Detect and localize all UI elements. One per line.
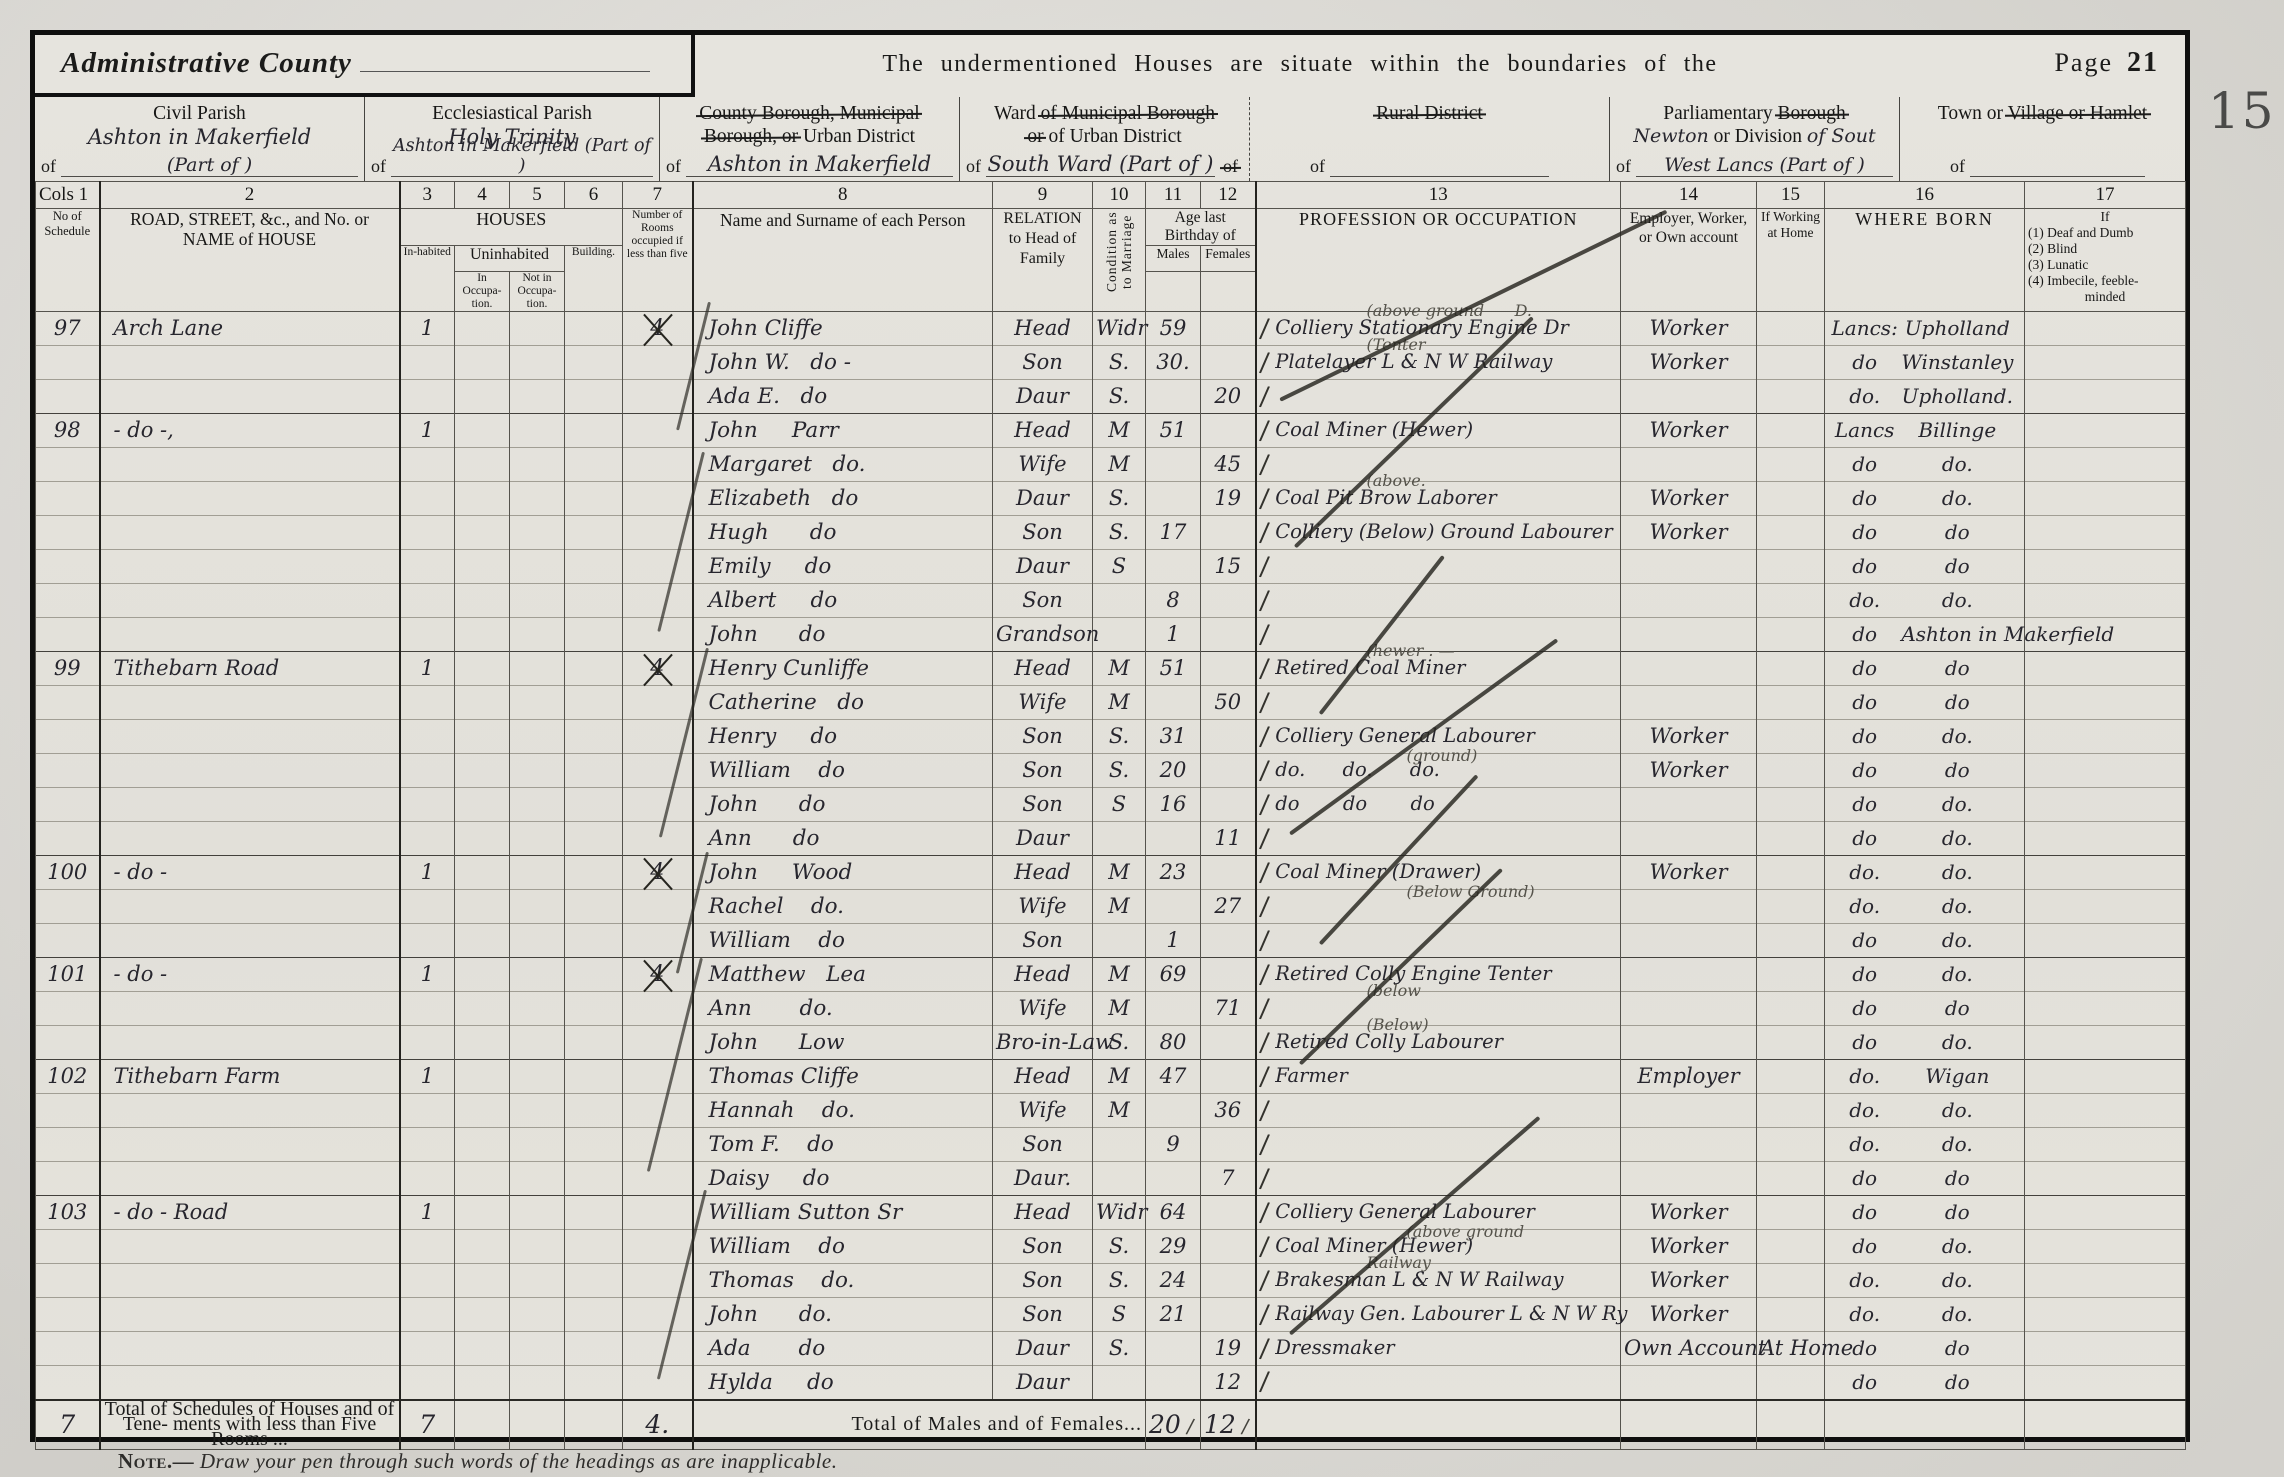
cell-uninhabited-in-occupation [455, 584, 510, 618]
cell-age-female: 12 [1201, 1366, 1256, 1400]
cell-building [565, 550, 623, 584]
cell-inhabited: 1 [400, 1196, 455, 1230]
cell-age-male [1146, 686, 1201, 720]
cell-name: Daisy do [693, 1162, 993, 1196]
cell-road [100, 686, 400, 720]
cell-relation: Wife [993, 686, 1093, 720]
situate-statement: The undermentioned Houses are situate wi… [725, 51, 1875, 78]
cell-building [565, 584, 623, 618]
cell-where-born: dodo. [1825, 720, 2025, 754]
totals-blank [455, 1400, 510, 1450]
cell-inhabited: 1 [400, 1060, 455, 1094]
cell-employer-status [1621, 788, 1757, 822]
cell-working-at-home [1757, 380, 1825, 414]
cell-infirmity [2025, 1162, 2186, 1196]
cell-age-male: 24 [1146, 1264, 1201, 1298]
cell-name: Hannah do. [693, 1094, 993, 1128]
cell-occupation [1256, 448, 1621, 482]
form-frame: Administrative County The undermentioned… [30, 30, 2190, 1442]
cell-where-born: dodo [1825, 1332, 2025, 1366]
cell-schedule-number [36, 1366, 100, 1400]
cell-where-born: do.Upholland. [1825, 380, 2025, 414]
cell-infirmity [2025, 1366, 2186, 1400]
cell-road [100, 618, 400, 652]
cell-relation: Wife [993, 890, 1093, 924]
cell-road [100, 1366, 400, 1400]
cell-where-born: do.Wigan [1825, 1060, 2025, 1094]
cell-building [565, 414, 623, 448]
cell-condition: M [1093, 652, 1146, 686]
cell-relation: Daur [993, 1366, 1093, 1400]
cell-relation: Son [993, 1230, 1093, 1264]
cell-relation: Head [993, 652, 1093, 686]
cell-condition [1093, 618, 1146, 652]
ward-struck2: or [1027, 126, 1043, 147]
rural-district-blank [1330, 176, 1549, 177]
administrative-county-blank-line [360, 47, 650, 72]
table-row: Ann do. Wife M 71 (below dodo [36, 992, 2186, 1026]
cell-age-male [1146, 822, 1201, 856]
cell-age-male: 1 [1146, 618, 1201, 652]
cell-rooms [623, 414, 693, 448]
cell-employer-status [1621, 1094, 1757, 1128]
cell-employer-status [1621, 584, 1757, 618]
cell-working-at-home [1757, 550, 1825, 584]
cell-condition [1093, 822, 1146, 856]
col-num-2: 2 [100, 182, 400, 209]
ecclesiastical-parish-value2: Ashton in Makerfield (Part of ) [393, 136, 651, 176]
cell-relation: Grandson [993, 618, 1093, 652]
ecclesiastical-parish-label: Ecclesiastical Parish [365, 102, 659, 125]
cell-uninhabited-in-occupation [455, 652, 510, 686]
cell-relation: Daur [993, 482, 1093, 516]
cell-age-male: 21 [1146, 1298, 1201, 1332]
of-label: of [1616, 156, 1631, 177]
cell-uninhabited-not-occupation [510, 1196, 565, 1230]
cell-occupation [1256, 1162, 1621, 1196]
rural-district-label: Rural District [1376, 103, 1483, 124]
col-header-rooms: Number of Rooms occupied if less than fi… [623, 209, 693, 312]
cell-uninhabited-in-occupation [455, 482, 510, 516]
cell-uninhabited-in-occupation [455, 1264, 510, 1298]
cell-name: Rachel do. [693, 890, 993, 924]
cell-schedule-number [36, 992, 100, 1026]
cell-condition: S. [1093, 346, 1146, 380]
cell-infirmity [2025, 754, 2186, 788]
cell-relation: Son [993, 720, 1093, 754]
cell-name: Ada do [693, 1332, 993, 1366]
cell-working-at-home [1757, 822, 1825, 856]
cell-rooms [623, 1332, 693, 1366]
cell-name: William do [693, 924, 993, 958]
cell-where-born: do.do. [1825, 890, 2025, 924]
cell-schedule-number: 101 [36, 958, 100, 992]
cell-schedule-number: 100 [36, 856, 100, 890]
urban-district-value: Ashton in Makerfield [708, 152, 931, 176]
table-row: Ada do Daur S. 19 Dressmaker Own Account… [36, 1332, 2186, 1366]
cell-road: - do -, [100, 414, 400, 448]
cell-name: Hugh do [693, 516, 993, 550]
cell-occupation [1256, 1366, 1621, 1400]
cell-infirmity [2025, 1230, 2186, 1264]
cell-relation: Son [993, 516, 1093, 550]
col-header-name: Name and Surname of each Person [693, 209, 993, 312]
cell-uninhabited-in-occupation [455, 380, 510, 414]
civil-parish-value: Ashton in Makerfield [35, 125, 364, 149]
cell-uninhabited-not-occupation [510, 720, 565, 754]
cell-occupation [1256, 890, 1621, 924]
cell-employer-status: Worker [1621, 414, 1757, 448]
cell-uninhabited-not-occupation [510, 380, 565, 414]
civil-parish-label: Civil Parish [35, 102, 364, 125]
cell-inhabited [400, 1162, 455, 1196]
cell-rooms [623, 1060, 693, 1094]
cell-inhabited [400, 1264, 455, 1298]
cell-occupation: (below [1256, 992, 1621, 1026]
cell-employer-status [1621, 448, 1757, 482]
cell-uninhabited-in-occupation [455, 448, 510, 482]
cell-building [565, 1060, 623, 1094]
cell-building [565, 1264, 623, 1298]
cell-rooms: 4 [623, 856, 693, 890]
cell-inhabited [400, 584, 455, 618]
cell-building [565, 346, 623, 380]
cell-uninhabited-not-occupation [510, 1128, 565, 1162]
cell-uninhabited-not-occupation [510, 1298, 565, 1332]
cell-uninhabited-in-occupation [455, 1298, 510, 1332]
cell-road [100, 1026, 400, 1060]
cell-road: - do - Road [100, 1196, 400, 1230]
cell-uninhabited-in-occupation [455, 414, 510, 448]
of-label: of [41, 156, 56, 177]
totals-females: 12 [1201, 1400, 1256, 1450]
cell-name: John do [693, 618, 993, 652]
cell-employer-status: Worker [1621, 1264, 1757, 1298]
table-row: Ann do Daur 11 dodo. [36, 822, 2186, 856]
administrative-county-label: Administrative County [61, 47, 352, 79]
table-row: Ada E. do Daur S. 20 do.Upholland. [36, 380, 2186, 414]
cell-uninhabited-in-occupation [455, 924, 510, 958]
cell-infirmity [2025, 550, 2186, 584]
cell-uninhabited-in-occupation [455, 312, 510, 346]
cell-relation: Son [993, 924, 1093, 958]
col-header-road: ROAD, STREET, &c., and No. or NAME of HO… [100, 209, 400, 312]
cell-uninhabited-not-occupation [510, 414, 565, 448]
cell-road [100, 448, 400, 482]
cell-where-born: dodo. [1825, 482, 2025, 516]
cell-uninhabited-not-occupation [510, 1264, 565, 1298]
cell-age-female [1201, 1026, 1256, 1060]
section-rural-district: Rural District of [1250, 97, 1610, 181]
cell-employer-status [1621, 1162, 1757, 1196]
cell-where-born: dodo [1825, 652, 2025, 686]
col-header-condition: Condition as to Marriage [1093, 209, 1146, 312]
cell-age-female [1201, 1128, 1256, 1162]
cell-age-female [1201, 754, 1256, 788]
cell-rooms: 4 [623, 312, 693, 346]
cell-condition: Widr [1093, 312, 1146, 346]
cell-name: Emily do [693, 550, 993, 584]
table-row: Daisy do Daur. 7 dodo [36, 1162, 2186, 1196]
cell-occupation: Farmer [1256, 1060, 1621, 1094]
cell-age-female [1201, 1196, 1256, 1230]
urban-district-label: Urban District [803, 126, 915, 147]
cell-inhabited: 1 [400, 652, 455, 686]
cell-where-born: doWinstanley [1825, 346, 2025, 380]
cell-occupation [1256, 584, 1621, 618]
cell-employer-status [1621, 1366, 1757, 1400]
cell-working-at-home [1757, 958, 1825, 992]
cell-infirmity [2025, 720, 2186, 754]
cell-employer-status [1621, 550, 1757, 584]
col-num-17: 17 [2025, 182, 2186, 209]
cell-building [565, 380, 623, 414]
cell-rooms [623, 1366, 693, 1400]
totals-blank [565, 1400, 623, 1450]
cell-building [565, 1230, 623, 1264]
section-ecclesiastical-parish: Ecclesiastical Parish Holy Trinity ofAsh… [365, 97, 660, 181]
cell-condition: M [1093, 856, 1146, 890]
cell-road [100, 1230, 400, 1264]
administrative-county-box: Administrative County [35, 35, 695, 97]
cell-age-male: 31 [1146, 720, 1201, 754]
totals-blank [1621, 1400, 1757, 1450]
cell-relation: Son [993, 1298, 1093, 1332]
totals-inhabited: 7 [400, 1400, 455, 1450]
cell-uninhabited-not-occupation [510, 1026, 565, 1060]
cell-age-female [1201, 924, 1256, 958]
cell-working-at-home [1757, 652, 1825, 686]
cell-employer-status: Worker [1621, 720, 1757, 754]
table-row: 97 Arch Lane 1 4 John Cliffe Head Widr 5… [36, 312, 2186, 346]
cell-schedule-number: 102 [36, 1060, 100, 1094]
cell-road [100, 1332, 400, 1366]
cell-occupation: Retired Coal Miner(hewer . — [1256, 652, 1621, 686]
of-label: of [666, 156, 681, 177]
cell-working-at-home [1757, 788, 1825, 822]
cell-uninhabited-in-occupation [455, 618, 510, 652]
cell-building [565, 652, 623, 686]
cell-inhabited: 1 [400, 312, 455, 346]
col-num-10: 10 [1093, 182, 1146, 209]
cell-relation: Head [993, 1196, 1093, 1230]
cell-infirmity [2025, 1094, 2186, 1128]
cell-working-at-home [1757, 720, 1825, 754]
cell-where-born: do.do. [1825, 1094, 2025, 1128]
cell-schedule-number [36, 822, 100, 856]
cell-infirmity [2025, 414, 2186, 448]
cell-condition [1093, 924, 1146, 958]
cell-infirmity [2025, 346, 2186, 380]
table-row: Margaret do. Wife M 45 dodo. [36, 448, 2186, 482]
cell-uninhabited-not-occupation [510, 754, 565, 788]
cell-rooms [623, 992, 693, 1026]
cell-age-female: 36 [1201, 1094, 1256, 1128]
cell-age-female: 71 [1201, 992, 1256, 1026]
cell-employer-status [1621, 380, 1757, 414]
cell-working-at-home [1757, 1196, 1825, 1230]
cell-working-at-home [1757, 346, 1825, 380]
cell-condition [1093, 1128, 1146, 1162]
cell-condition: S. [1093, 1264, 1146, 1298]
col-num-13: 13 [1256, 182, 1621, 209]
cell-inhabited [400, 686, 455, 720]
cell-age-male: 47 [1146, 1060, 1201, 1094]
col-header-males: Males [1146, 246, 1201, 272]
table-row: Emily do Daur S 15 dodo [36, 550, 2186, 584]
cell-age-male: 23 [1146, 856, 1201, 890]
cell-rooms: 4 [623, 958, 693, 992]
cell-infirmity [2025, 686, 2186, 720]
cell-schedule-number: 97 [36, 312, 100, 346]
table-row: 100 - do - 1 4 John Wood Head M 23 Coal … [36, 856, 2186, 890]
cell-age-male: 51 [1146, 414, 1201, 448]
cell-condition: M [1093, 448, 1146, 482]
cell-uninhabited-in-occupation [455, 992, 510, 1026]
cell-working-at-home [1757, 1366, 1825, 1400]
col-num-9: 9 [993, 182, 1093, 209]
col-header-houses: HOUSES [400, 209, 623, 246]
table-row: William do Son 1 dodo. [36, 924, 2186, 958]
cell-rooms [623, 618, 693, 652]
cell-condition: S. [1093, 516, 1146, 550]
cell-condition: S. [1093, 720, 1146, 754]
table-row: 98 - do -, 1 John Parr Head M 51 Coal Mi… [36, 414, 2186, 448]
cell-name: Hylda do [693, 1366, 993, 1400]
cell-schedule-number [36, 618, 100, 652]
cell-road [100, 1128, 400, 1162]
cell-schedule-number: 103 [36, 1196, 100, 1230]
cell-uninhabited-not-occupation [510, 550, 565, 584]
cell-employer-status: Worker [1621, 1298, 1757, 1332]
cell-occupation: Colliery General Labourer(above ground [1256, 1196, 1621, 1230]
cell-uninhabited-not-occupation [510, 822, 565, 856]
cell-inhabited [400, 380, 455, 414]
cell-inhabited [400, 1332, 455, 1366]
cell-schedule-number [36, 1332, 100, 1366]
cell-where-born: dodo. [1825, 924, 2025, 958]
cell-building [565, 754, 623, 788]
cell-infirmity [2025, 958, 2186, 992]
table-row: Tom F. do Son 9 do.do. [36, 1128, 2186, 1162]
cell-age-male [1146, 448, 1201, 482]
parliamentary-division-hw1: Newton [1633, 125, 1708, 147]
cell-condition: S. [1093, 1332, 1146, 1366]
cell-relation: Bro-in-Law [993, 1026, 1093, 1060]
cell-inhabited [400, 618, 455, 652]
cell-employer-status: Own Account [1621, 1332, 1757, 1366]
cell-age-male [1146, 1094, 1201, 1128]
cell-road [100, 1298, 400, 1332]
cell-road [100, 516, 400, 550]
cell-age-female [1201, 958, 1256, 992]
totals-label: Total of Schedules of Houses and of Tene… [100, 1400, 400, 1450]
cell-infirmity [2025, 856, 2186, 890]
cell-name: Ann do. [693, 992, 993, 1026]
cell-rooms [623, 550, 693, 584]
col-num-8: 8 [693, 182, 993, 209]
cell-road [100, 1162, 400, 1196]
cell-uninhabited-not-occupation [510, 1060, 565, 1094]
census-rows: 97 Arch Lane 1 4 John Cliffe Head Widr 5… [36, 312, 2186, 1400]
county-borough-struck2: Borough, or [704, 126, 798, 147]
table-row: John do. Son S 21 Railway Gen. Labourer … [36, 1298, 2186, 1332]
footer-note: Note.— Draw your pen through such words … [118, 1449, 837, 1474]
totals-blank [1757, 1400, 1825, 1450]
cell-uninhabited-not-occupation [510, 1230, 565, 1264]
cell-name: Margaret do. [693, 448, 993, 482]
cell-infirmity [2025, 584, 2186, 618]
of-label: of [1310, 156, 1325, 177]
cell-employer-status: Worker [1621, 516, 1757, 550]
cell-age-male: 16 [1146, 788, 1201, 822]
cell-name: Catherine do [693, 686, 993, 720]
cell-infirmity [2025, 890, 2186, 924]
cell-where-born: LancsBillinge [1825, 414, 2025, 448]
cell-road [100, 584, 400, 618]
cell-road [100, 924, 400, 958]
col-header-relation: RELATION to Head of Family [993, 209, 1093, 312]
cell-condition: S. [1093, 754, 1146, 788]
cell-inhabited [400, 720, 455, 754]
cell-uninhabited-not-occupation [510, 312, 565, 346]
cell-age-female: 19 [1201, 1332, 1256, 1366]
cell-employer-status: Worker [1621, 482, 1757, 516]
cell-condition: M [1093, 992, 1146, 1026]
cell-road: - do - [100, 856, 400, 890]
cell-building [565, 720, 623, 754]
table-row: John Low Bro-in-Law S. 80 Retired Colly … [36, 1026, 2186, 1060]
cell-age-male: 64 [1146, 1196, 1201, 1230]
cell-age-female [1201, 1298, 1256, 1332]
cell-road: - do - [100, 958, 400, 992]
cell-employer-status: Worker [1621, 346, 1757, 380]
cell-relation: Head [993, 958, 1093, 992]
cell-building [565, 788, 623, 822]
cell-road: Arch Lane [100, 312, 400, 346]
cell-occupation: Platelayer L & N W Railway(Tenter [1256, 346, 1621, 380]
cell-schedule-number [36, 1094, 100, 1128]
cell-working-at-home [1757, 312, 1825, 346]
cell-uninhabited-in-occupation [455, 958, 510, 992]
cell-uninhabited-not-occupation [510, 992, 565, 1026]
cell-relation: Daur [993, 822, 1093, 856]
cell-schedule-number [36, 380, 100, 414]
cell-uninhabited-not-occupation [510, 516, 565, 550]
cell-schedule-number [36, 1298, 100, 1332]
cell-condition [1093, 1366, 1146, 1400]
cell-inhabited [400, 1298, 455, 1332]
cell-age-female [1201, 1060, 1256, 1094]
cell-building [565, 1128, 623, 1162]
district-header-band: Civil Parish Ashton in Makerfield of(Par… [35, 97, 2185, 181]
cell-building [565, 312, 623, 346]
cell-schedule-number [36, 346, 100, 380]
col-header-in-occupation: In Occupa-tion. [455, 272, 510, 312]
cell-relation: Head [993, 312, 1093, 346]
cell-name: Thomas Cliffe [693, 1060, 993, 1094]
cell-age-female: 45 [1201, 448, 1256, 482]
cell-where-born: dodo [1825, 754, 2025, 788]
cell-building [565, 686, 623, 720]
cell-age-male [1146, 890, 1201, 924]
col-num-6: 6 [565, 182, 623, 209]
cell-inhabited [400, 992, 455, 1026]
cell-uninhabited-in-occupation [455, 1094, 510, 1128]
cell-age-male [1146, 1366, 1201, 1400]
cell-working-at-home [1757, 754, 1825, 788]
cell-uninhabited-not-occupation [510, 686, 565, 720]
